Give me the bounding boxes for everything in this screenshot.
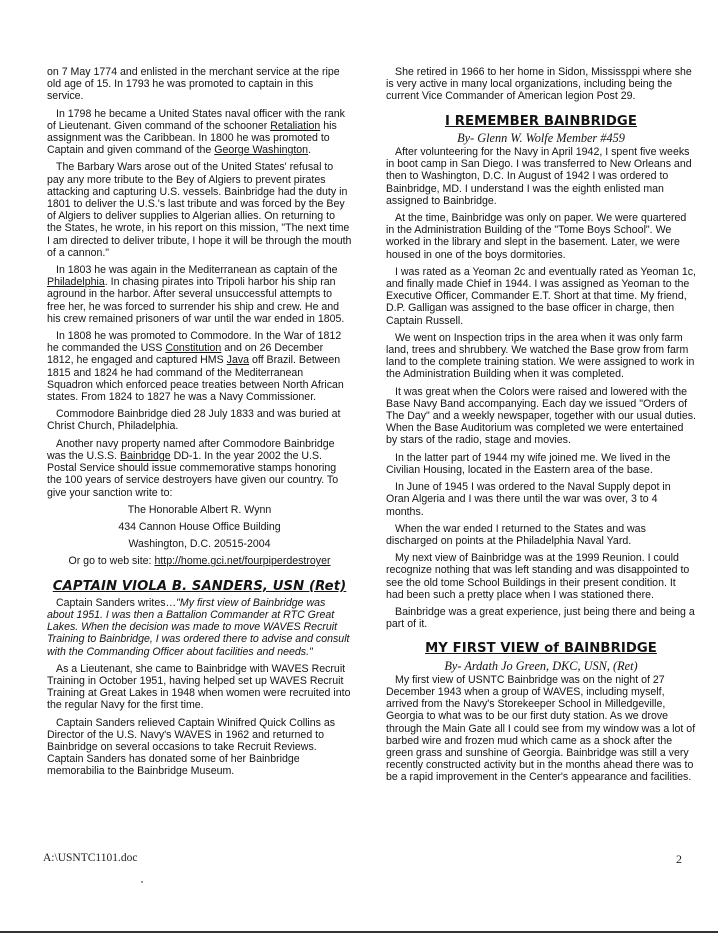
text-run: . xyxy=(308,144,311,156)
address-line-3: Washington, D.C. 20515-2004 xyxy=(47,538,352,550)
ship-name-bainbridge: Bainbridge xyxy=(120,450,171,462)
bio-paragraph-3: The Barbary Wars arose out of the United… xyxy=(47,161,352,259)
sanders-continued-paragraph: She retired in 1966 to her home in Sidon… xyxy=(386,66,696,103)
remember-byline: By- Glenn W. Wolfe Member #459 xyxy=(386,132,696,144)
ship-name-java: Java xyxy=(227,354,249,366)
sanders-paragraph-1: Captain Sanders writes…"My first view of… xyxy=(47,597,352,658)
ship-name-george-washington: George Washington xyxy=(214,144,308,156)
first-view-paragraph-1: My first view of USNTC Bainbridge was on… xyxy=(386,674,696,784)
sanders-heading: CAPTAIN VIOLA B. SANDERS, USN (Ret) xyxy=(47,581,352,593)
first-view-heading: MY FIRST VIEW of BAINBRIDGE xyxy=(386,643,696,655)
remember-paragraph-2: At the time, Bainbridge was only on pape… xyxy=(386,212,696,261)
sanders-paragraph-3: Captain Sanders relieved Captain Winifre… xyxy=(47,717,352,778)
remember-paragraph-8: When the war ended I returned to the Sta… xyxy=(386,523,696,547)
ship-name-philadelphia: Philadelphia xyxy=(47,276,105,288)
footer-file-path: A:\USNTC1101.doc xyxy=(43,852,137,864)
text-run: Captain Sanders writes… xyxy=(56,597,176,609)
scan-speck xyxy=(141,881,143,883)
ship-name-constitution: Constitution xyxy=(165,342,221,354)
bottom-scan-edge xyxy=(0,931,718,933)
left-column: on 7 May 1774 and enlisted in the mercha… xyxy=(47,66,352,783)
remember-paragraph-10: Bainbridge was a great experience, just … xyxy=(386,606,696,630)
remember-paragraph-9: My next view of Bainbridge was at the 19… xyxy=(386,552,696,601)
website-link[interactable]: http://home.gci.net/fourpiperdestroyer xyxy=(154,555,330,567)
website-label: Or go to web site: xyxy=(68,555,154,567)
remember-paragraph-7: In June of 1945 I was ordered to the Nav… xyxy=(386,481,696,518)
footer-page-number: 2 xyxy=(676,852,682,867)
first-view-byline: By- Ardath Jo Green, DKC, USN, (Ret) xyxy=(386,660,696,672)
bio-paragraph-7: Another navy property named after Commod… xyxy=(47,438,352,499)
bio-paragraph-1: on 7 May 1774 and enlisted in the mercha… xyxy=(47,66,352,103)
sanders-paragraph-2: As a Lieutenant, she came to Bainbridge … xyxy=(47,663,352,712)
address-line-1: The Honorable Albert R. Wynn xyxy=(47,504,352,516)
address-line-2: 434 Cannon House Office Building xyxy=(47,521,352,533)
website-line: Or go to web site: http://home.gci.net/f… xyxy=(47,555,352,567)
remember-paragraph-5: It was great when the Colors were raised… xyxy=(386,386,696,447)
bio-paragraph-4: In 1803 he was again in the Mediterranea… xyxy=(47,264,352,325)
ship-name-retaliation: Retaliation xyxy=(270,120,320,132)
right-column: She retired in 1966 to her home in Sidon… xyxy=(386,66,696,789)
remember-paragraph-1: After volunteering for the Navy in April… xyxy=(386,146,696,207)
remember-heading: I REMEMBER BAINBRIDGE xyxy=(386,116,696,128)
text-run: In 1803 he was again in the Mediterranea… xyxy=(56,264,338,276)
document-page: on 7 May 1774 and enlisted in the mercha… xyxy=(0,0,720,947)
bio-paragraph-2: In 1798 he became a United States naval … xyxy=(47,108,352,157)
remember-paragraph-6: In the latter part of 1944 my wife joine… xyxy=(386,452,696,476)
remember-paragraph-4: We went on Inspection trips in the area … xyxy=(386,332,696,381)
bio-paragraph-5: In 1808 he was promoted to Commodore. In… xyxy=(47,330,352,403)
bio-paragraph-6: Commodore Bainbridge died 28 July 1833 a… xyxy=(47,408,352,432)
remember-paragraph-3: I was rated as a Yeoman 2c and eventuall… xyxy=(386,266,696,327)
